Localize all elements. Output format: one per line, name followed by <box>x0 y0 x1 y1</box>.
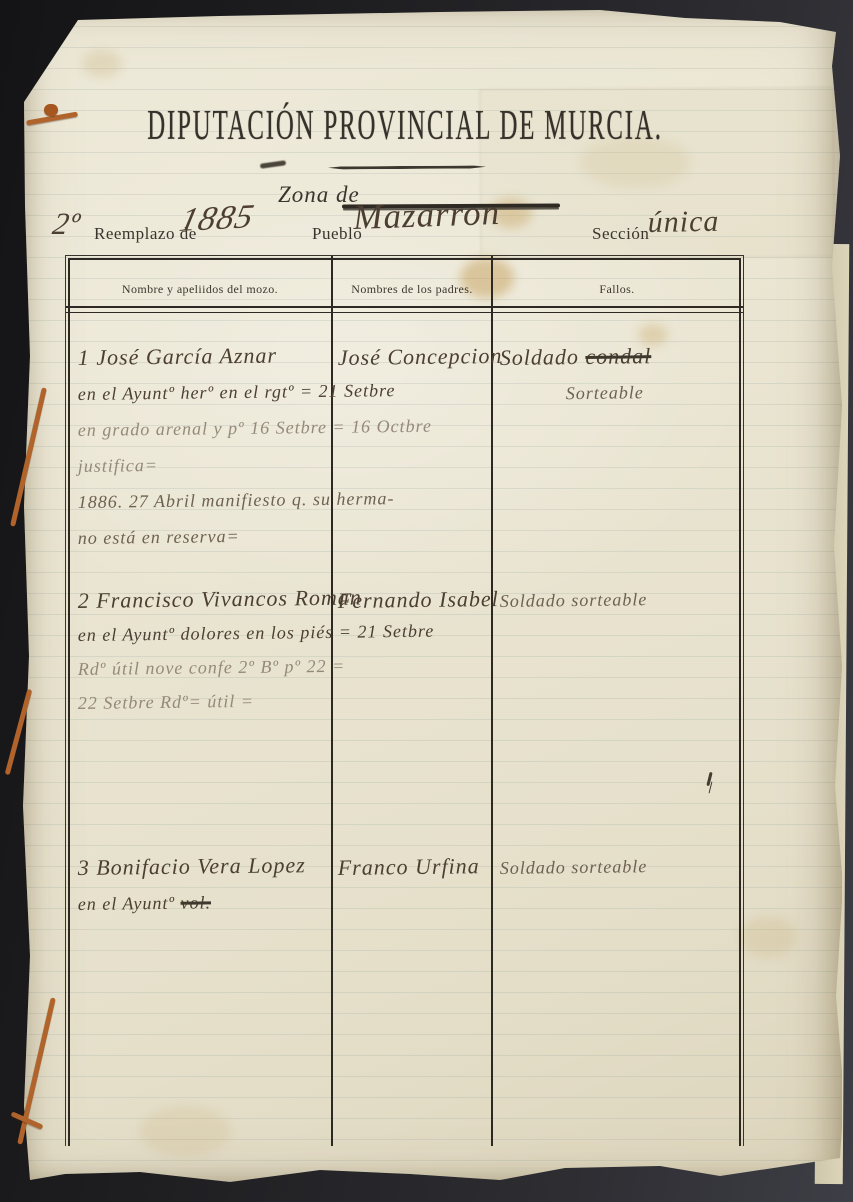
year-value: 1885 <box>176 198 258 240</box>
header-separator <box>66 306 743 313</box>
column-header-padres: Nombres de los padres. <box>333 282 491 297</box>
column-header-mozo: Nombre y apeliidos del mozo. <box>70 282 330 297</box>
mozo-struck-text: vol. <box>180 892 211 912</box>
handwritten-line: 3 Bonifacio Vera Lopez <box>78 847 306 886</box>
seccion-label: Sección <box>592 224 649 244</box>
handwritten-line: Soldado sorteable <box>500 848 648 886</box>
handwritten-line: no está en reserva= <box>78 516 433 556</box>
handwritten-line: en grado arenal y pº 16 Setbre = 16 Octb… <box>78 408 433 448</box>
fallos-column: Soldado sorteable <box>500 584 648 618</box>
handwritten-line: Soldado sorteable <box>500 582 648 618</box>
scanned-register-page: DIPUTACIÓN PROVINCIAL DE MURCIA. Zona de… <box>0 0 853 1202</box>
fallos-column: Soldado sorteable <box>500 850 648 886</box>
padres-column: Franco Urfina <box>338 850 480 886</box>
document-page: DIPUTACIÓN PROVINCIAL DE MURCIA. Zona de… <box>20 6 842 1192</box>
handwritten-line: Fernando Isabel <box>338 582 499 618</box>
fallos-text: Soldado <box>500 344 586 370</box>
register-table: Nombre y apeliidos del mozo. Nombres de … <box>65 255 744 1146</box>
handwritten-line: en el Ayuntº herº en el rgtº = 21 Setbre <box>78 372 433 412</box>
binding-thread-knot <box>44 104 58 116</box>
column-divider <box>491 256 493 1146</box>
handwritten-line: justifica= <box>78 444 433 484</box>
padres-column: José Concepcion <box>338 340 503 376</box>
handwritten-line: 1886. 27 Abril manifiesto q. su herma- <box>78 480 433 520</box>
pueblo-value: Mazarron <box>353 193 501 238</box>
seccion-value: única <box>647 205 719 240</box>
handwritten-line: 22 Setbre Rdº= útil = <box>78 682 435 720</box>
fallos-column: Soldado condal Sorteable <box>500 340 652 412</box>
paper-stain <box>740 916 796 958</box>
handwritten-line: Soldado condal <box>500 338 652 376</box>
handwritten-line: Franco Urfina <box>338 848 480 886</box>
handwritten-line: Sorteable <box>500 374 652 412</box>
handwritten-line: en el Ayuntº dolores en los piés = 21 Se… <box>78 614 435 652</box>
padres-column: Fernando Isabel <box>338 584 499 618</box>
fallos-struck-text: condal <box>585 343 651 369</box>
handwritten-line: José Concepcion <box>338 338 503 376</box>
document-title: DIPUTACIÓN PROVINCIAL DE MURCIA. <box>51 102 759 150</box>
handwritten-line: Rdº útil nove confe 2º Bº pº 22 = <box>78 648 435 686</box>
column-header-fallos: Fallos. <box>493 282 741 297</box>
mozo-column: 3 Bonifacio Vera Lopez en el Ayuntº vol. <box>78 850 306 922</box>
handwritten-line: en el Ayuntº vol. <box>78 883 306 922</box>
mozo-text: en el Ayuntº <box>78 893 181 914</box>
